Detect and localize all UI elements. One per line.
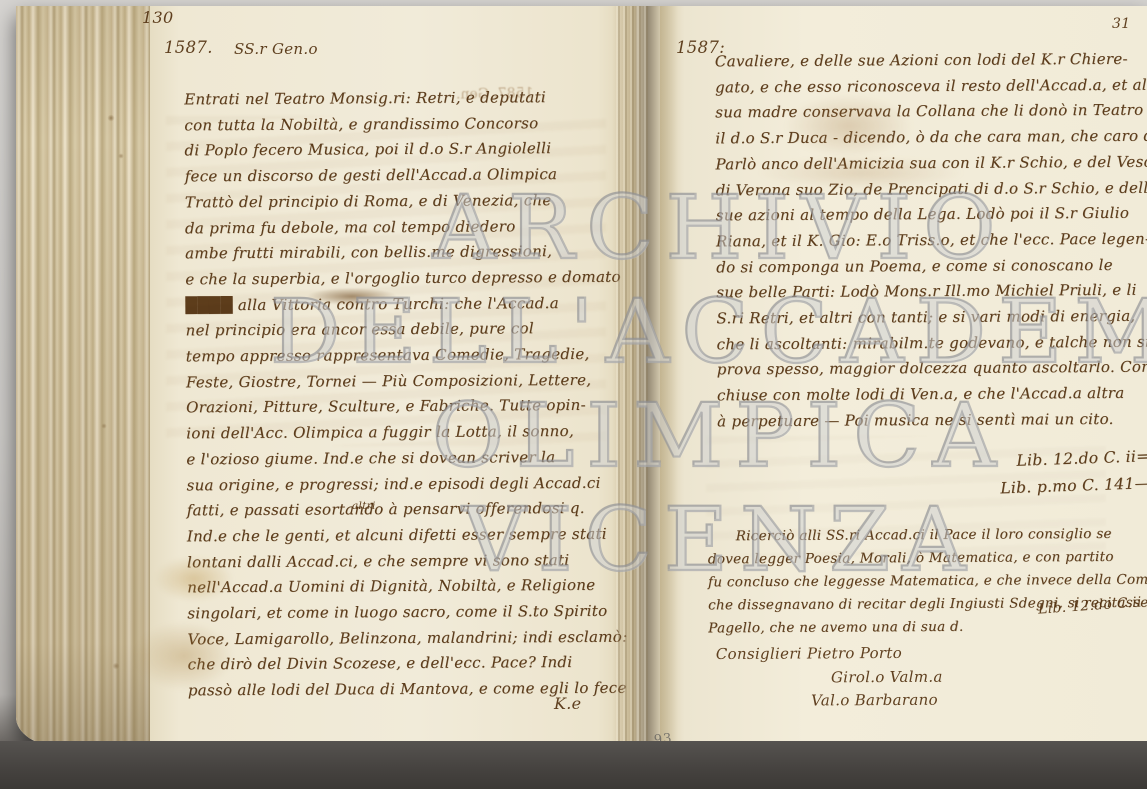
manuscript-line: Entrati nel Teatro Monsig.ri: Retri, e d… (184, 85, 624, 113)
manuscript-line: da prima fu debole, ma col tempo diedero (185, 213, 625, 241)
manuscript-line: Voce, Lamigarollo, Belinzona, malandrini… (187, 624, 627, 652)
manuscript-line: sua origine, e progressi; ind.e episodi … (186, 470, 626, 498)
book-spread: 130 1587. SS.r Gen.o 1587. Gen. Entrati … (16, 6, 1147, 747)
left-page: 130 1587. SS.r Gen.o 1587. Gen. Entrati … (150, 6, 636, 747)
manuscript-line: chiuse con molte lodi di Ven.a, e che l'… (717, 381, 1147, 409)
manuscript-line: Riana, et il K. Gio: E.o Triss.o, et che… (716, 227, 1147, 255)
manuscript-line: prova spesso, maggior dolcezza quanto as… (717, 355, 1147, 383)
manuscript-line: con tutta la Nobiltà, e grandissimo Conc… (184, 110, 624, 138)
manuscript-line: che dirò del Divin Scozese, e dell'ecc. … (188, 650, 628, 678)
right-page-paragraph-1: Cavaliere, e delle sue Azioni con lodi d… (715, 47, 1147, 435)
manuscript-line: lontani dalli Accad.ci, e che sempre vi … (187, 547, 627, 575)
manuscript-line: Feste, Giostre, Tornei — Più Composizion… (186, 367, 626, 395)
right-page-paragraph-2: Ricerciò alli SS.ri Accad.ci il Pace il … (708, 523, 1147, 641)
manuscript-line: Ricerciò alli SS.ri Accad.ci il Pace il … (736, 523, 1147, 549)
binding-gutter-page-edges (616, 6, 650, 747)
manuscript-line: Trattò del principio di Roma, e di Venez… (185, 187, 625, 215)
book-fore-edge-pages (16, 6, 154, 747)
signatures-block: Consiglieri Pietro PortoGirol.o Valm.aVa… (716, 641, 1056, 714)
manuscript-line: il d.o S.r Duca - dicendo, ò da che cara… (715, 124, 1147, 152)
manuscript-line: fece un discorso de gesti dell'Accad.a O… (185, 162, 625, 190)
manuscript-line: sue belle Parti: Lodò Mons.r Ill.mo Mich… (716, 278, 1147, 306)
right-page: 31 1587: Cavaliere, e delle sue Azioni c… (660, 6, 1147, 747)
manuscript-line: à perpetuare — Poi musica ne si sentì ma… (717, 406, 1147, 434)
manuscript-line: che li ascoltanti: mirabilm.te godevano,… (717, 329, 1147, 357)
manuscript-line: fu concluso che leggesse Matematica, e c… (708, 569, 1147, 595)
left-page-text-block: Entrati nel Teatro Monsig.ri: Retri, e d… (184, 85, 628, 705)
manuscript-line: gato, e che esso riconosceva il resto de… (715, 72, 1147, 100)
manuscript-line: ████ alla Vittoria contro Turchi: che l'… (185, 290, 625, 318)
manuscript-line: nel principio era ancor essa debile, pur… (186, 316, 626, 344)
signoff-initial: K.e (554, 694, 581, 713)
manuscript-line: fatti, e passati esortando à pensarvi of… (187, 496, 627, 524)
manuscript-line: singolari, et come in luogo sacro, come … (187, 599, 627, 627)
manuscript-scan: 130 1587. SS.r Gen.o 1587. Gen. Entrati … (0, 0, 1147, 789)
manuscript-line: nell'Accad.a Uomini di Dignità, Nobiltà,… (187, 573, 627, 601)
manuscript-line: dovea legger Poesia, Morali, ò Matematic… (708, 546, 1147, 572)
signature-line: Val.o Barbarano (811, 688, 1056, 713)
manuscript-line: sua madre conservava la Collana che li d… (715, 98, 1147, 126)
manuscript-line: Orazioni, Pitture, Sculture, e Fabriche.… (186, 393, 626, 421)
manuscript-line: do si componga un Poema, e come si conos… (716, 252, 1147, 280)
page-heading: SS.r Gen.o (234, 40, 318, 58)
manuscript-line: S.ri Retri, et altri con tanti; e si var… (716, 304, 1147, 332)
manuscript-line: Parlò anco dell'Amicizia sua con il K.r … (715, 149, 1147, 177)
manuscript-line: e l'ozioso giume. Ind.e che si dovean sc… (186, 444, 626, 472)
manuscript-line: ambe frutti mirabili, con bellis.me digr… (185, 239, 625, 267)
folio-number-right: 31 (1112, 16, 1130, 32)
manuscript-line: Ind.e che le genti, et alcuni difetti es… (187, 522, 627, 550)
signature-line: Girol.o Valm.a (831, 664, 1056, 689)
manuscript-line: tempo appresso rappresentava Comedie, Tr… (186, 342, 626, 370)
signature-line: Consiglieri Pietro Porto (716, 641, 1056, 667)
margin-year-left: 1587. (164, 38, 213, 57)
manuscript-line: Pagello, che ne avemo una di sua d. (708, 615, 1147, 641)
manuscript-line: di Verona suo Zio, de Prencipati di d.o … (716, 175, 1147, 203)
folio-number-left: 130 (142, 8, 173, 27)
manuscript-line: di Poplo fecero Musica, poi il d.o S.r A… (184, 136, 624, 164)
manuscript-line: sue azioni al tempo della Lega. Lodò poi… (716, 201, 1147, 229)
scanner-background (0, 741, 1147, 789)
manuscript-line: ioni dell'Acc. Olimpica a fuggir la Lott… (186, 419, 626, 447)
manuscript-line: e che la superbia, e l'orgoglio turco de… (185, 265, 625, 293)
interline-insertion: altri (352, 500, 376, 512)
manuscript-line: Cavaliere, e delle sue Azioni con lodi d… (715, 47, 1147, 75)
citation-block: Lib. 12.do C. ii=Lib. p.mo C. 141— (869, 443, 1147, 507)
